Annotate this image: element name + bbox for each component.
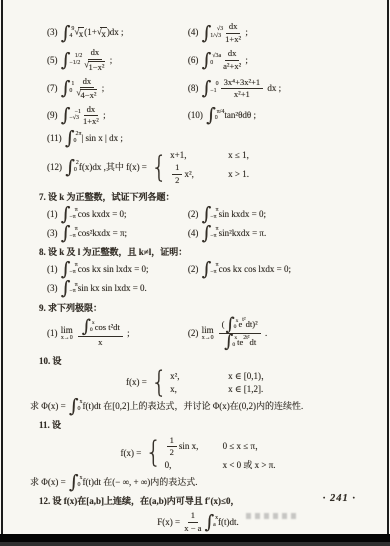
numerator: 1 <box>188 511 198 523</box>
numerator: dx <box>226 22 241 34</box>
math-text: dx <box>87 105 96 115</box>
math-text: ; <box>243 27 248 38</box>
math-text: (1+ <box>84 27 97 38</box>
integral: ∫x0 <box>226 318 238 332</box>
math-text: cos²kxdx = π; <box>78 228 127 239</box>
math-text: x > 1. <box>228 169 249 180</box>
right-column: (4) ∫√31/√3dx1+x² ; <box>188 22 366 44</box>
integral-limits: √31/√3 <box>211 27 222 40</box>
math-text: x, <box>170 384 177 395</box>
power-exponent: 2t² <box>243 336 249 342</box>
integral: ∫π/40 <box>206 108 223 123</box>
integral: ∫√31/√3 <box>202 26 222 41</box>
math-text: ( <box>222 320 225 330</box>
math-text: )dx ; <box>107 27 124 38</box>
upper-limit: π/4 <box>217 110 225 116</box>
math-text: (7) <box>47 83 60 94</box>
numerator: 3x⁴+3x²+1 <box>221 78 264 90</box>
math-text: (1) <box>47 328 60 339</box>
integral: ∫π−π <box>61 207 77 222</box>
math-text: (2) <box>188 209 201 220</box>
math-text: 1+x² <box>83 117 99 127</box>
math-text: cos kx sin lxdx = 0; <box>78 264 149 275</box>
integral: ∫π−π <box>61 262 77 277</box>
math-text: 8. 设 k 及 l 为正整数，且 k≠l，证明： <box>39 247 187 258</box>
limit: limx→0 <box>61 326 73 342</box>
math-text: (10) <box>188 110 205 121</box>
math-text: cos kx cos lxdx = 0; <box>219 264 291 275</box>
line-head: 8. 设 k 及 l 为正整数，且 k≠l，证明： <box>30 247 366 258</box>
math-text: sin²kxdx = π. <box>219 228 267 239</box>
radicand: 4−x² <box>80 89 98 101</box>
integral: ∫x0 <box>69 475 82 490</box>
square-root: √x <box>97 27 107 39</box>
integral-limits: π/40 <box>216 110 224 123</box>
integral: ∫1/2−1/2 <box>61 53 82 68</box>
square-root: √x <box>74 27 84 39</box>
fraction: dx1+x² <box>225 22 241 44</box>
math-text: x²+1 <box>234 90 250 100</box>
math-text: dt <box>250 338 257 348</box>
print-smudge <box>246 513 298 519</box>
math-text: | sin x | dx ; <box>82 133 123 144</box>
math-text: a²+x² <box>223 62 241 72</box>
line-head: 11. 设 <box>30 420 366 431</box>
integral: ∫x0 <box>69 399 82 414</box>
left-column: (1) ∫π−πcos kx sin lxdx = 0; <box>30 262 188 277</box>
math-text: x ∈ [1,2]. <box>228 384 263 395</box>
case-condition: x ≤ 1, <box>228 150 249 161</box>
line-row2: (1) ∫π−πcos kx sin lxdx = 0;(2) ∫π−πcos … <box>30 262 366 277</box>
fraction: 12 <box>167 436 177 458</box>
math-text: 1 <box>191 511 195 521</box>
integral: ∫π−π <box>61 281 77 296</box>
math-text: 求 Φ(x) = <box>30 401 68 412</box>
piecewise-definition: {12sin x,0 ≤ x ≤ π，0,x < 0 或 x > π. <box>146 436 276 471</box>
integral: ∫2π0 <box>65 131 81 146</box>
integral-limits: 20 <box>75 161 78 174</box>
piecewise-definition: {x²,x ∈ [0,1)，x,x ∈ [1,2]. <box>151 371 270 396</box>
lower-limit: −π <box>69 215 75 221</box>
math-text: 11. 设 <box>39 420 61 431</box>
lower-limit: 0 <box>234 325 237 331</box>
line-para: 求 Φ(x) = ∫x0f(t)dt 在(− ∞, + ∞)内的表达式. <box>30 475 366 490</box>
power: e2t² <box>240 338 250 348</box>
power: et² <box>238 320 245 330</box>
math-text: (3) <box>47 228 60 239</box>
line-head: 10. 设 <box>30 356 366 367</box>
math-text: 2 <box>175 176 179 186</box>
case-condition: 0 ≤ x ≤ π， <box>223 441 264 452</box>
fraction: 12 <box>172 163 182 185</box>
lower-limit: −π <box>69 234 75 240</box>
numerator: dx <box>225 49 240 61</box>
line-head: 9. 求下列极限： <box>30 303 366 314</box>
line-row2: (5) ∫1/2−1/2dx√1−x² ;(6) ∫√3a0dxa²+x² ; <box>30 48 366 72</box>
math-text: sin kxdx = 0; <box>219 209 266 220</box>
math-text: 7. 设 k 为正整数，试证下列各题： <box>39 192 175 203</box>
lower-limit: 0 <box>78 407 81 413</box>
line-center: f(x) = {x²,x ∈ [0,1)，x,x ∈ [1,2]. <box>30 371 366 396</box>
lower-limit: 0 <box>69 89 72 95</box>
page-content: (3) ∫94√x(1+√x)dx ;(4) ∫√31/√3dx1+x² ;(5… <box>30 22 366 546</box>
integral-limits: π−π <box>70 208 76 221</box>
math-text: 1 <box>170 436 174 446</box>
left-column: (1) ∫π−πcos kxdx = 0; <box>30 207 188 222</box>
math-text: (8) <box>188 83 201 94</box>
math-text: x ≤ 1, <box>228 150 249 161</box>
lower-limit: −1/2 <box>69 61 80 67</box>
case-row: x,x ∈ [1,2]. <box>170 384 270 395</box>
math-text: x², <box>184 169 193 180</box>
denominator: 2 <box>175 175 179 186</box>
scanned-textbook-page: (3) ∫94√x(1+√x)dx ;(4) ∫√31/√3dx1+x² ;(5… <box>0 0 390 546</box>
fraction: dx1+x² <box>83 105 99 127</box>
lower-limit: 0 <box>74 139 77 145</box>
integral: ∫π−π <box>61 226 77 241</box>
line-row2: (1) limx→0∫x0cos t²dtx ;(2) limx→0(∫x0et… <box>30 318 366 350</box>
math-text: f(x)dx ,其中 f(x) = <box>79 162 149 173</box>
fraction: (∫x0et²dt)²∫x0te2t²dt <box>219 318 261 350</box>
math-text: 1+x² <box>225 35 241 45</box>
numerator: dx <box>88 48 103 60</box>
math-text: f(x) = <box>120 448 143 459</box>
line-item: (3) ∫π−πsin kx sin lxdx = 0. <box>30 281 366 296</box>
math-text: 0 ≤ x ≤ π， <box>223 441 264 452</box>
math-text: ; <box>107 55 112 66</box>
radical-icon: √ <box>76 89 81 101</box>
case-rows: 12sin x,0 ≤ x ≤ π，0,x < 0 或 x > π. <box>165 436 276 471</box>
integral-limits: x0 <box>233 336 236 348</box>
scan-right-border <box>387 0 389 546</box>
limit: limx→0 <box>202 326 214 342</box>
left-column: (5) ∫1/2−1/2dx√1−x² ; <box>30 48 188 72</box>
integral-limits: −1−√3 <box>70 110 80 123</box>
left-column: (3) ∫π−πcos²kxdx = π; <box>30 226 188 241</box>
fraction: dx√1−x² <box>84 48 105 72</box>
math-text: x+1, <box>170 150 186 161</box>
math-text: . <box>263 328 268 339</box>
lower-limit: 0 <box>210 61 213 67</box>
integral-limits: √3a0 <box>211 54 220 67</box>
case-condition: x ∈ [1,2]. <box>228 384 263 395</box>
integral: ∫94 <box>61 26 74 41</box>
piecewise-definition: {x+1,x ≤ 1,12x²,x > 1. <box>151 150 249 185</box>
brace-icon: { <box>151 371 167 394</box>
math-text: cos t²dt <box>95 323 120 333</box>
limit-subscript: x→0 <box>61 336 73 342</box>
fraction: dx√4−x² <box>76 77 97 101</box>
case-condition: x > 1. <box>228 169 249 180</box>
math-text: 1 <box>175 163 179 173</box>
integral-limits: π−π <box>70 227 76 240</box>
lower-limit: −√3 <box>69 116 79 122</box>
denominator: x <box>98 337 102 348</box>
denominator: x²+1 <box>234 89 250 100</box>
case-expression: x, <box>170 384 216 395</box>
lower-limit: 0 <box>78 483 81 489</box>
line-para: 求 Φ(x) = ∫x0f(t)dt 在[0,2]上的表达式，并讨论 Φ(x)在… <box>30 399 366 414</box>
denominator: x − a <box>184 523 201 534</box>
left-column: (3) ∫94√x(1+√x)dx ; <box>30 26 188 41</box>
line-row2: (3) ∫π−πcos²kxdx = π;(4) ∫π−πsin²kxdx = … <box>30 226 366 241</box>
math-text: (11) <box>47 133 64 144</box>
math-text: ; <box>99 83 104 94</box>
math-text: (4) <box>188 228 201 239</box>
lower-limit: 0 <box>74 168 77 174</box>
case-row: x+1,x ≤ 1, <box>170 150 249 161</box>
fraction: 3x⁴+3x²+1x²+1 <box>221 78 264 100</box>
math-text: dx <box>229 22 238 32</box>
integral-limits: π−π <box>211 227 217 240</box>
denominator: √1−x² <box>84 60 105 73</box>
integral-limits: 0−1 <box>211 82 217 95</box>
fraction: dxa²+x² <box>223 49 241 71</box>
fraction: ∫x0cos t²dtx <box>78 320 123 347</box>
denominator: √4−x² <box>76 88 97 101</box>
page-number: · 241 · <box>323 492 356 505</box>
math-text: 3x⁴+3x²+1 <box>224 78 261 88</box>
math-text: x − a <box>184 524 201 534</box>
math-text: f(x) = <box>126 377 149 388</box>
math-text: (9) <box>47 110 60 121</box>
numerator: ∫x0cos t²dt <box>78 320 123 336</box>
right-column: (6) ∫√3a0dxa²+x² ; <box>188 49 366 71</box>
line-head: 12. 设 f(x)在[a,b]上连续，在(a,b)内可导且 f′(x)≤0， <box>30 496 366 507</box>
math-text: x <box>98 338 102 348</box>
radical-icon: √ <box>84 60 89 72</box>
math-text: (4) <box>188 27 201 38</box>
fraction: 1x − a <box>184 511 201 533</box>
limit-label: lim <box>202 326 214 335</box>
math-text: cos kxdx = 0; <box>78 209 127 220</box>
math-text: (2) <box>188 328 201 339</box>
line-item: (11) ∫2π0| sin x | dx ; <box>30 131 366 146</box>
math-text: dx <box>83 77 92 87</box>
line-row2: (3) ∫94√x(1+√x)dx ;(4) ∫√31/√3dx1+x² ; <box>30 22 366 44</box>
case-expression: 12x², <box>170 163 216 185</box>
lower-limit: 0 <box>90 328 93 334</box>
math-text: f(t)dt 在(− ∞, + ∞)内的表达式. <box>82 477 197 488</box>
line-item: (12) ∫20f(x)dx ,其中 f(x) = {x+1,x ≤ 1,12x… <box>30 150 366 185</box>
math-text: ; <box>243 55 248 66</box>
math-text: dx <box>91 48 100 58</box>
math-text: 0, <box>165 460 172 471</box>
power-exponent: t² <box>242 318 245 324</box>
integral-limits: x0 <box>91 321 94 333</box>
math-text: dx ; <box>265 83 281 94</box>
math-text: tan²θdθ ; <box>224 110 256 121</box>
left-column: (1) limx→0∫x0cos t²dtx ; <box>30 320 188 347</box>
radical-icon: √ <box>97 26 102 38</box>
integral: ∫0−1 <box>202 81 218 96</box>
math-text: (1) <box>47 264 60 275</box>
case-expression: 0, <box>165 460 211 471</box>
integral-limits: 10 <box>70 82 73 95</box>
case-row: 12x²,x > 1. <box>170 163 249 185</box>
math-text: (3) <box>47 283 60 294</box>
case-condition: x < 0 或 x > π. <box>223 460 276 471</box>
case-expression: x², <box>170 371 216 382</box>
lower-limit: −π <box>69 289 75 295</box>
line-center: f(x) = {12sin x,0 ≤ x ≤ π，0,x < 0 或 x > … <box>30 436 366 471</box>
math-text: (5) <box>47 55 60 66</box>
integral-limits: π−π <box>70 263 76 276</box>
integral-limits: 2π0 <box>75 132 81 145</box>
right-column: (10) ∫π/40tan²θdθ ; <box>188 108 366 123</box>
integral-limits: xa <box>214 516 217 529</box>
integral: ∫xa <box>204 515 217 530</box>
math-text: (3) <box>47 27 60 38</box>
math-text: f(t)dt 在[0,2]上的表达式，并讨论 Φ(x)在(0,2)内的连续性. <box>82 401 303 412</box>
lower-limit: −π <box>210 234 216 240</box>
integral: ∫x0 <box>82 320 94 334</box>
lower-limit: a <box>213 523 216 529</box>
integral-limits: π−π <box>211 263 217 276</box>
integral-limits: 1/2−1/2 <box>70 54 81 67</box>
math-text: F(x) = <box>157 517 182 528</box>
left-column: (7) ∫10dx√4−x² ; <box>30 77 188 101</box>
upper-limit: √3a <box>212 54 221 60</box>
numerator: 1 <box>172 163 182 175</box>
lower-limit: 0 <box>232 343 235 349</box>
math-text: (1) <box>47 209 60 220</box>
limit-label: lim <box>61 326 73 335</box>
right-column: (2) ∫π−πcos kx cos lxdx = 0; <box>188 262 366 277</box>
denominator: 2 <box>170 447 174 458</box>
scan-bottom-bar <box>0 534 390 546</box>
right-column: (4) ∫π−πsin²kxdx = π. <box>188 226 366 241</box>
integral-limits: 94 <box>70 27 73 40</box>
case-expression: x+1, <box>170 150 216 161</box>
integral: ∫√3a0 <box>202 53 220 68</box>
math-text: (2) <box>188 264 201 275</box>
denominator: 1+x² <box>225 34 241 45</box>
case-condition: x ∈ [0,1)， <box>228 371 270 382</box>
integral: ∫π−π <box>202 262 218 277</box>
left-column: (9) ∫−1−√3dx1+x² ; <box>30 105 188 127</box>
lower-limit: −1 <box>210 89 216 95</box>
math-text: 9. 求下列极限： <box>39 303 102 314</box>
numerator: dx <box>84 105 99 117</box>
math-text: f(t)dt. <box>218 517 239 528</box>
math-text: dx <box>228 49 237 59</box>
case-expression: 12sin x, <box>165 436 211 458</box>
brace-icon: { <box>151 156 167 179</box>
lower-limit: −π <box>210 215 216 221</box>
case-row: x²,x ∈ [0,1)， <box>170 371 270 382</box>
radicand: 1−x² <box>88 61 106 73</box>
integral: ∫π−π <box>202 226 218 241</box>
integral: ∫10 <box>61 81 74 96</box>
math-text: (6) <box>188 55 201 66</box>
denominator: ∫x0te2t²dt <box>223 334 256 349</box>
denominator: a²+x² <box>223 61 241 72</box>
case-rows: x²,x ∈ [0,1)，x,x ∈ [1,2]. <box>170 371 270 396</box>
line-center: F(x) = 1x − a∫xaf(t)dt. <box>30 511 366 533</box>
math-text: ; <box>101 110 106 121</box>
case-row: 0,x < 0 或 x > π. <box>165 460 276 471</box>
math-text: 10. 设 <box>39 356 62 367</box>
math-text: (12) <box>47 162 64 173</box>
math-text: 12. 设 f(x)在[a,b]上连续，在(a,b)内可导且 f′(x)≤0， <box>39 496 239 507</box>
lower-limit: 0 <box>215 116 218 122</box>
integral: ∫20 <box>65 160 78 175</box>
limit-subscript: x→0 <box>202 336 214 342</box>
line-row2: (9) ∫−1−√3dx1+x² ;(10) ∫π/40tan²θdθ ; <box>30 105 366 127</box>
scan-left-border <box>1 0 3 546</box>
right-column: (2) limx→0(∫x0et²dt)²∫x0te2t²dt . <box>188 318 366 350</box>
line-row2: (7) ∫10dx√4−x² ;(8) ∫0−13x⁴+3x²+1x²+1 dx… <box>30 77 366 101</box>
line-row2: (1) ∫π−πcos kxdx = 0;(2) ∫π−πsin kxdx = … <box>30 207 366 222</box>
numerator: dx <box>80 77 95 89</box>
integral: ∫x0 <box>224 335 236 349</box>
math-text: x², <box>170 371 179 382</box>
math-text: sin x, <box>179 441 199 452</box>
square-root: √1−x² <box>84 61 105 73</box>
math-text: x < 0 或 x > π. <box>223 460 276 471</box>
numerator: 1 <box>167 436 177 448</box>
lower-limit: 4 <box>69 34 72 40</box>
right-column: (2) ∫π−πsin kxdx = 0; <box>188 207 366 222</box>
integral-limits: π−π <box>211 208 217 221</box>
math-text: x ∈ [0,1)， <box>228 371 270 382</box>
integral: ∫π−π <box>202 207 218 222</box>
integral-limits: π−π <box>70 283 76 296</box>
case-rows: x+1,x ≤ 1,12x²,x > 1. <box>170 150 249 185</box>
math-text: ; <box>125 328 130 339</box>
case-row: 12sin x,0 ≤ x ≤ π， <box>165 436 276 458</box>
square-root: √4−x² <box>76 89 97 101</box>
right-column: (8) ∫0−13x⁴+3x²+1x²+1 dx ; <box>188 78 366 100</box>
integral: ∫−1−√3 <box>61 108 80 123</box>
brace-icon: { <box>146 442 162 465</box>
math-text: sin kx sin lxdx = 0. <box>78 283 147 294</box>
line-head: 7. 设 k 为正整数，试证下列各题： <box>30 192 366 203</box>
math-text: 2 <box>170 448 174 458</box>
denominator: 1+x² <box>83 116 99 127</box>
lower-limit: 1/√3 <box>210 34 221 40</box>
radical-icon: √ <box>74 26 79 38</box>
lower-limit: −π <box>210 270 216 276</box>
math-text: dt)² <box>246 320 258 330</box>
lower-limit: −π <box>69 270 75 276</box>
math-text: 求 Φ(x) = <box>30 477 68 488</box>
